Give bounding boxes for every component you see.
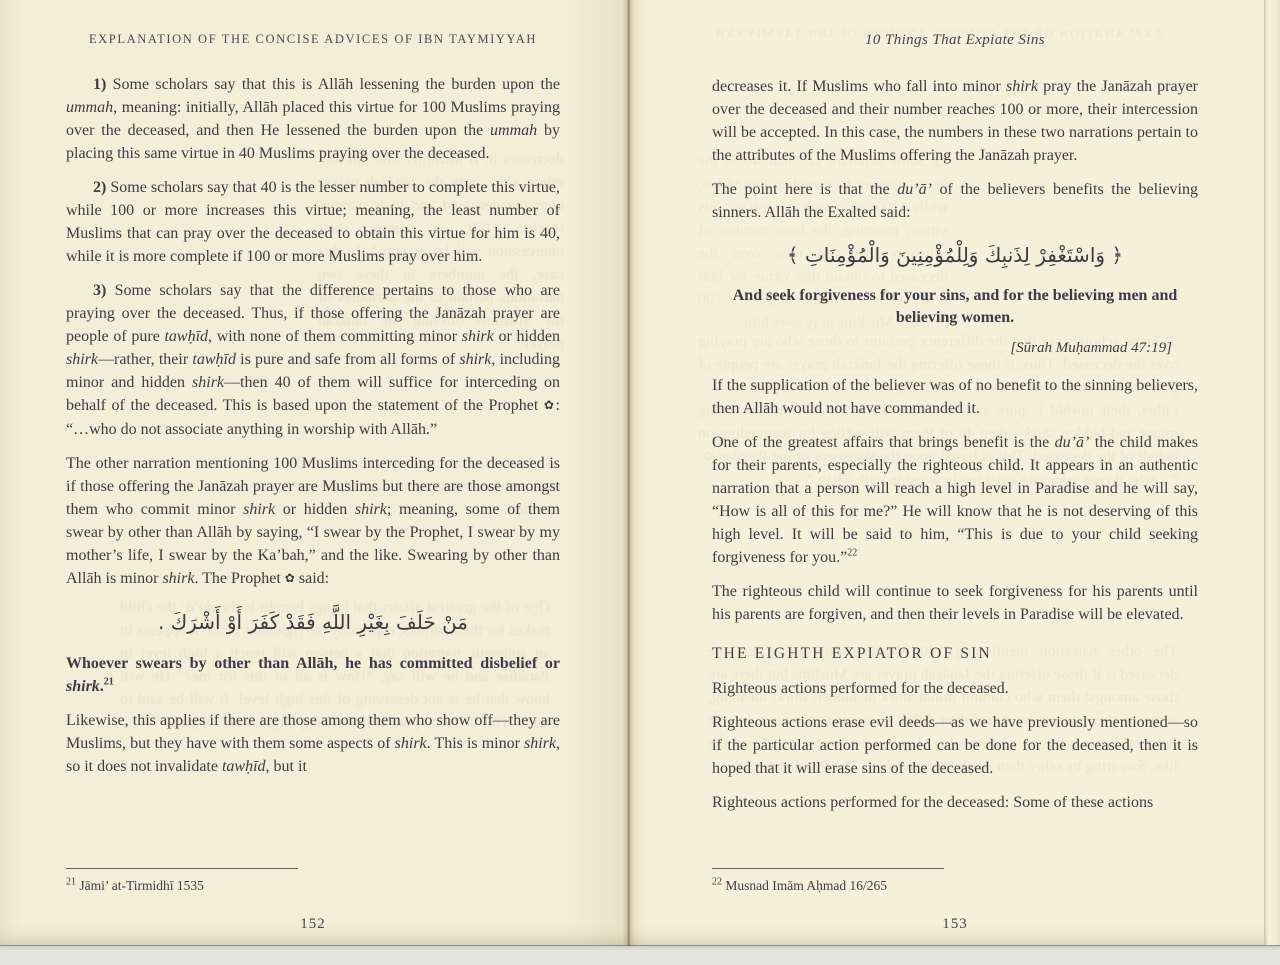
paragraph: If the supplication of the believer was … (712, 374, 1198, 420)
verse-citation: [Sūrah Muḥammad 47:19] (712, 337, 1198, 360)
right-text-column: 10 Things That Expiate Sins decreases it… (712, 26, 1198, 825)
prophet-honorific-icon: ✿ (285, 571, 295, 585)
paragraph: One of the greatest affairs that brings … (712, 431, 1198, 569)
footnote-rule (712, 868, 944, 869)
footnote: 21 Jāmi’ at-Tirmidhī 1535 (66, 878, 560, 894)
footnote-text: Musnad Imām Aḥmad 16/265 (725, 878, 887, 893)
right-page: EXPLANATION OF THE CONCISE ADVICES OF IB… (628, 0, 1280, 946)
footnote-marker: 22 (712, 877, 722, 888)
footnote-rule (66, 868, 298, 869)
footnote: 22 Musnad Imām Aḥmad 16/265 (712, 878, 1198, 894)
paragraph: 2) Some scholars say that 40 is the less… (66, 176, 560, 268)
paragraph: Righteous actions performed for the dece… (712, 677, 1198, 700)
hadith-translation: Whoever swears by other than Allāh, he h… (66, 652, 560, 698)
arabic-hadith: مَنْ حَلَفَ بِغَيْرِ اللَّهِ فَقَدْ كَفَ… (66, 602, 560, 642)
page-number-right: 153 (712, 916, 1198, 933)
section-heading: THE EIGHTH EXPIATOR OF SIN (712, 642, 1198, 665)
page-edge-stack (1264, 0, 1280, 946)
paragraph: The other narration mentioning 100 Musli… (66, 452, 560, 591)
arabic-verse: ﴿ وَاسْتَغْفِرْ لِذَنبِكَ وَلِلْمُؤْمِنِ… (712, 235, 1198, 275)
prophet-honorific-icon: ✿ (544, 398, 556, 412)
footnote-text: Jāmi’ at-Tirmidhī 1535 (79, 878, 204, 893)
left-page: decreases it. If Muslims who fall into m… (0, 0, 628, 946)
page-number-left: 152 (66, 916, 560, 933)
footnote-area-left: 21 Jāmi’ at-Tirmidhī 1535 (66, 868, 560, 894)
running-header-left: EXPLANATION OF THE CONCISE ADVICES OF IB… (66, 32, 560, 47)
paragraph: Righteous actions erase evil deeds—as we… (712, 711, 1198, 780)
paragraph: decreases it. If Muslims who fall into m… (712, 75, 1198, 167)
book-spread: decreases it. If Muslims who fall into m… (0, 0, 1280, 946)
paragraph: The righteous child will continue to see… (712, 580, 1198, 626)
paragraph: 1) Some scholars say that this is Allāh … (66, 73, 560, 165)
book-gutter (622, 0, 635, 946)
paragraph: The point here is that the du’ā’ of the … (712, 178, 1198, 224)
footnote-area-right: 22 Musnad Imām Aḥmad 16/265 (712, 868, 1198, 894)
paragraph: 3) Some scholars say that the difference… (66, 279, 560, 441)
running-header-right: 10 Things That Expiate Sins (712, 32, 1198, 49)
verse-translation: And seek forgiveness for your sins, and … (730, 285, 1180, 329)
book-photo: { "colors": { "paper_left": "#f3eed8", "… (0, 0, 1280, 965)
left-text-column: EXPLANATION OF THE CONCISE ADVICES OF IB… (66, 26, 560, 789)
paragraph: Righteous actions performed for the dece… (712, 791, 1198, 814)
table-surface (0, 945, 1280, 965)
footnote-marker: 21 (66, 877, 76, 888)
paragraph: Likewise, this applies if there are thos… (66, 709, 560, 778)
